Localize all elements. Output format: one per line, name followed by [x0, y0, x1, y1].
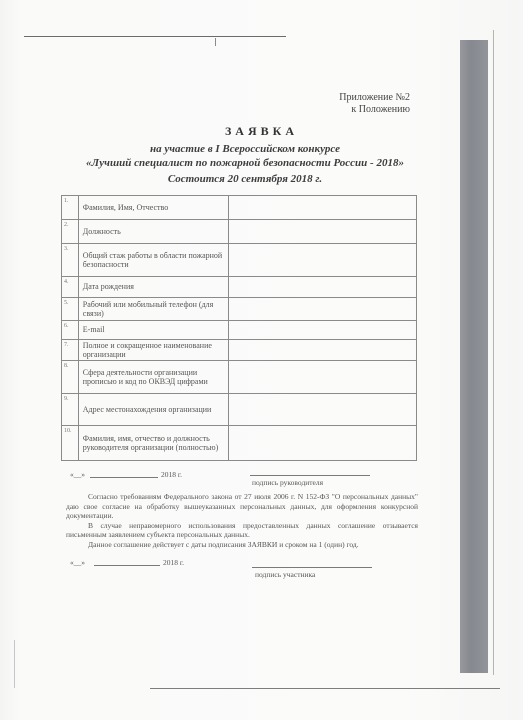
- row-number: 5.: [62, 298, 79, 321]
- table-row: 1.Фамилия, Имя, Отчество: [62, 196, 417, 220]
- row-number: 2.: [62, 220, 79, 244]
- row-value-field[interactable]: [228, 298, 416, 321]
- bottom-scan-line: [150, 688, 500, 689]
- consent-paragraph-2: В случае неправомерного использования пр…: [66, 521, 418, 540]
- row-label: Рабочий или мобильный телефон (для связи…: [78, 298, 228, 321]
- row-number: 7.: [62, 340, 79, 361]
- head-signature-blank[interactable]: [250, 475, 370, 476]
- head-signature-caption: подпись руководителя: [252, 478, 323, 487]
- left-edge-line: [14, 640, 15, 688]
- row-value-field[interactable]: [228, 244, 416, 277]
- table-row: 8.Сфера деятельности организации пропись…: [62, 361, 417, 394]
- participant-signature-year: 2018 г.: [163, 558, 184, 567]
- row-number: 9.: [62, 394, 79, 426]
- table-row: 4.Дата рождения: [62, 277, 417, 298]
- table-row: 7.Полное и сокращенное наименование орга…: [62, 340, 417, 361]
- scanned-page: Приложение №2 к Положению ЗАЯВКА на учас…: [0, 0, 523, 720]
- row-label: Общий стаж работы в области пожарной без…: [78, 244, 228, 277]
- annex-line-1: Приложение №2: [339, 92, 410, 104]
- table-row: 10.Фамилия, имя, отчество и должность ру…: [62, 426, 417, 461]
- row-label: Должность: [78, 220, 228, 244]
- row-label: Фамилия, Имя, Отчество: [78, 196, 228, 220]
- participant-date-blank[interactable]: [94, 565, 160, 566]
- event-date: Состоится 20 сентября 2018 г.: [0, 173, 490, 185]
- head-signature-year: 2018 г.: [161, 470, 182, 479]
- participant-signature-blank[interactable]: [252, 567, 372, 568]
- table-row: 5.Рабочий или мобильный телефон (для свя…: [62, 298, 417, 321]
- row-number: 3.: [62, 244, 79, 277]
- participant-signature-date: «__»: [70, 558, 85, 567]
- table-row: 9.Адрес местонахождения организации: [62, 394, 417, 426]
- row-label: E-mail: [78, 321, 228, 340]
- annex-line-2: к Положению: [339, 104, 410, 116]
- application-form-table: 1.Фамилия, Имя, Отчество2.Должность3.Общ…: [61, 195, 417, 461]
- row-value-field[interactable]: [228, 340, 416, 361]
- row-value-field[interactable]: [228, 321, 416, 340]
- row-value-field[interactable]: [228, 196, 416, 220]
- date-prefix: «__»: [70, 558, 85, 567]
- subtitle-line-2: «Лучший специалист по пожарной безопасно…: [0, 156, 490, 170]
- consent-paragraph-1: Согласно требованиям Федерального закона…: [66, 492, 418, 521]
- row-label: Адрес местонахождения организации: [78, 394, 228, 426]
- row-label: Сфера деятельности организации прописью …: [78, 361, 228, 394]
- participant-signature-caption: подпись участника: [255, 570, 315, 579]
- head-signature-date: «__»: [70, 470, 85, 479]
- table-row: 2.Должность: [62, 220, 417, 244]
- document-subtitle: на участие в I Всероссийском конкурсе «Л…: [0, 142, 490, 170]
- row-label: Фамилия, имя, отчество и должность руков…: [78, 426, 228, 461]
- row-number: 1.: [62, 196, 79, 220]
- row-value-field[interactable]: [228, 426, 416, 461]
- row-value-field[interactable]: [228, 361, 416, 394]
- table-row: 6.E-mail: [62, 321, 417, 340]
- consent-paragraph-3: Данное соглашение действует с даты подпи…: [66, 540, 418, 550]
- row-number: 4.: [62, 277, 79, 298]
- row-label: Дата рождения: [78, 277, 228, 298]
- row-number: 6.: [62, 321, 79, 340]
- head-date-blank[interactable]: [90, 477, 158, 478]
- top-scan-line: [24, 36, 286, 37]
- document-title: ЗАЯВКА: [0, 124, 523, 139]
- row-value-field[interactable]: [228, 277, 416, 298]
- row-label: Полное и сокращенное наименование органи…: [78, 340, 228, 361]
- table-row: 3.Общий стаж работы в области пожарной б…: [62, 244, 417, 277]
- annex-reference: Приложение №2 к Положению: [339, 92, 410, 116]
- row-number: 8.: [62, 361, 79, 394]
- date-prefix: «__»: [70, 470, 85, 479]
- row-number: 10.: [62, 426, 79, 461]
- consent-text: Согласно требованиям Федерального закона…: [66, 492, 418, 550]
- subtitle-line-1: на участие в I Всероссийском конкурсе: [0, 142, 490, 156]
- row-value-field[interactable]: [228, 394, 416, 426]
- row-value-field[interactable]: [228, 220, 416, 244]
- scan-tick: [215, 38, 216, 46]
